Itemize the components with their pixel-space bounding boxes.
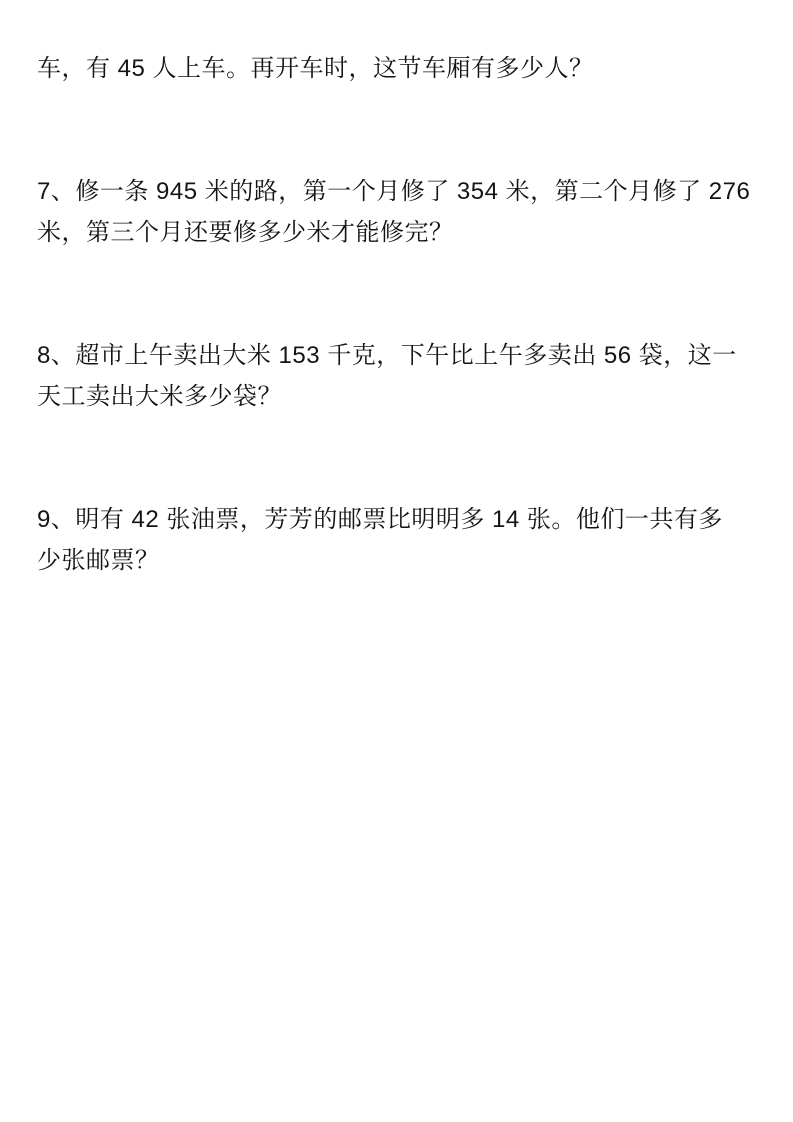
question-8: 8、超市上午卖出大米 153 千克，下午比上午多卖出 56 袋，这一 天工卖出大…: [37, 335, 765, 417]
question-7: 7、修一条 945 米的路，第一个月修了 354 米，第二个月修了 276 米，…: [37, 171, 765, 253]
question-9: 9、明有 42 张油票，芳芳的邮票比明明多 14 张。他们一共有多 少张邮票？: [37, 499, 765, 581]
document-line: 8、超市上午卖出大米 153 千克，下午比上午多卖出 56 袋，这一: [37, 335, 765, 376]
worksheet-page: 车，有 45 人上车。再开车时，这节车厢有多少人？ 7、修一条 945 米的路，…: [0, 0, 793, 1122]
document-line: 9、明有 42 张油票，芳芳的邮票比明明多 14 张。他们一共有多: [37, 499, 765, 540]
document-line: 少张邮票？: [37, 540, 765, 581]
document-line: 米，第三个月还要修多少米才能修完？: [37, 212, 765, 253]
document-line: 7、修一条 945 米的路，第一个月修了 354 米，第二个月修了 276: [37, 171, 765, 212]
document-content: 车，有 45 人上车。再开车时，这节车厢有多少人？ 7、修一条 945 米的路，…: [37, 48, 765, 581]
document-line: 天工卖出大米多少袋？: [37, 376, 765, 417]
document-line: 车，有 45 人上车。再开车时，这节车厢有多少人？: [37, 48, 765, 89]
question-6-continuation: 车，有 45 人上车。再开车时，这节车厢有多少人？: [37, 48, 765, 89]
